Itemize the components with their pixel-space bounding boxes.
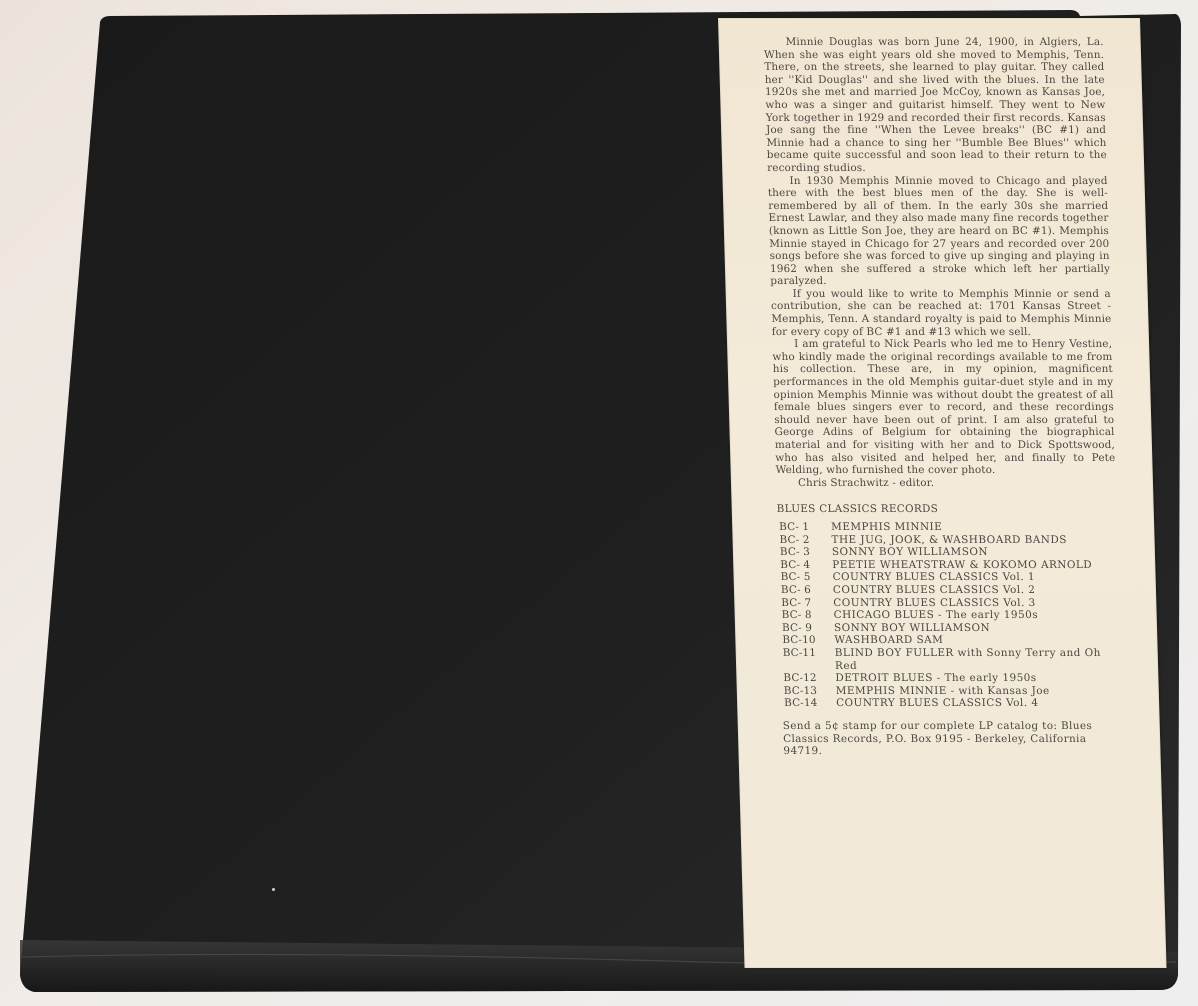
catalog-number: BC-12 — [781, 672, 835, 685]
catalog-number: BC- 4 — [778, 559, 832, 572]
catalog-number: BC- 9 — [780, 622, 834, 635]
catalog-title-text: COUNTRY BLUES CLASSICS Vol. 4 — [836, 697, 1122, 710]
catalog-number: BC- 7 — [779, 597, 833, 610]
bio-paragraph: Minnie Douglas was born June 24, 1900, i… — [764, 36, 1108, 175]
catalog-item: BC- 1MEMPHIS MINNIE — [777, 521, 1117, 534]
catalog-title-text: SONNY BOY WILLIAMSON — [832, 546, 1118, 559]
catalog-item: BC- 4PEETIE WHEATSTRAW & KOKOMO ARNOLD — [778, 559, 1118, 572]
catalog-title-text: THE JUG, JOOK, & WASHBOARD BANDS — [831, 534, 1117, 547]
catalog-number: BC- 5 — [778, 571, 832, 584]
catalog-item: BC-14COUNTRY BLUES CLASSICS Vol. 4 — [782, 697, 1122, 710]
catalog-item: BC-11BLIND BOY FULLER with Sonny Terry a… — [781, 647, 1122, 672]
catalog-title-text: DETROIT BLUES - The early 1950s — [835, 672, 1121, 685]
dust-speck — [272, 888, 275, 891]
catalog-item: BC- 9SONNY BOY WILLIAMSON — [780, 622, 1120, 635]
catalog-title-text: MEMPHIS MINNIE — [831, 521, 1117, 534]
catalog-number: BC- 6 — [779, 584, 833, 597]
catalog-item: BC- 7COUNTRY BLUES CLASSICS Vol. 3 — [779, 597, 1119, 610]
catalog-number: BC-14 — [782, 697, 836, 710]
catalog-title-text: CHICAGO BLUES - The early 1950s — [834, 609, 1120, 622]
catalog-item: BC- 2THE JUG, JOOK, & WASHBOARD BANDS — [777, 534, 1117, 547]
bio-paragraph: If you would like to write to Memphis Mi… — [771, 288, 1112, 338]
liner-notes-text: Minnie Douglas was born June 24, 1900, i… — [764, 36, 1117, 489]
catalog-number: BC- 1 — [777, 521, 831, 534]
catalog-number: BC- 2 — [777, 534, 831, 547]
catalog-title-text: COUNTRY BLUES CLASSICS Vol. 3 — [833, 597, 1119, 610]
bio-paragraph: I am grateful to Nick Pearls who led me … — [772, 338, 1116, 477]
catalog-item: BC-13MEMPHIS MINNIE - with Kansas Joe — [782, 685, 1122, 698]
catalog-item: BC-10WASHBOARD SAM — [780, 634, 1120, 647]
catalog-item: BC- 8CHICAGO BLUES - The early 1950s — [780, 609, 1120, 622]
catalog-number: BC- 8 — [780, 609, 834, 622]
catalog-title-text: WASHBOARD SAM — [834, 634, 1120, 647]
catalog-item: BC- 6COUNTRY BLUES CLASSICS Vol. 2 — [779, 584, 1119, 597]
catalog-title-text: BLIND BOY FULLER with Sonny Terry and Oh… — [835, 647, 1122, 672]
bio-paragraph: In 1930 Memphis Minnie moved to Chicago … — [767, 175, 1110, 288]
record-sleeve: Minnie Douglas was born June 24, 1900, i… — [0, 0, 1198, 1006]
catalog-number: BC-10 — [780, 634, 834, 647]
liner-notes-panel: Minnie Douglas was born June 24, 1900, i… — [718, 18, 1167, 968]
catalog-item: BC- 3SONNY BOY WILLIAMSON — [778, 546, 1118, 559]
catalog-title-text: COUNTRY BLUES CLASSICS Vol. 1 — [832, 571, 1118, 584]
editor-signature: Chris Strachwitz - editor. — [776, 477, 1116, 490]
catalog-item: BC- 5COUNTRY BLUES CLASSICS Vol. 1 — [778, 571, 1118, 584]
catalog-title-text: SONNY BOY WILLIAMSON — [834, 622, 1120, 635]
catalog-number: BC-11 — [781, 647, 836, 672]
catalog-number: BC- 3 — [778, 546, 832, 559]
catalog-title: BLUES CLASSICS RECORDS — [777, 503, 1117, 516]
catalog-title-text: COUNTRY BLUES CLASSICS Vol. 2 — [833, 584, 1119, 597]
order-note: Send a 5¢ stamp for our complete LP cata… — [783, 720, 1124, 758]
catalog-item: BC-12DETROIT BLUES - The early 1950s — [781, 672, 1121, 685]
catalog-number: BC-13 — [782, 685, 836, 698]
catalog-list: BC- 1MEMPHIS MINNIE BC- 2THE JUG, JOOK, … — [777, 521, 1122, 710]
catalog-title-text: MEMPHIS MINNIE - with Kansas Joe — [836, 685, 1122, 698]
catalog-title-text: PEETIE WHEATSTRAW & KOKOMO ARNOLD — [832, 559, 1118, 572]
